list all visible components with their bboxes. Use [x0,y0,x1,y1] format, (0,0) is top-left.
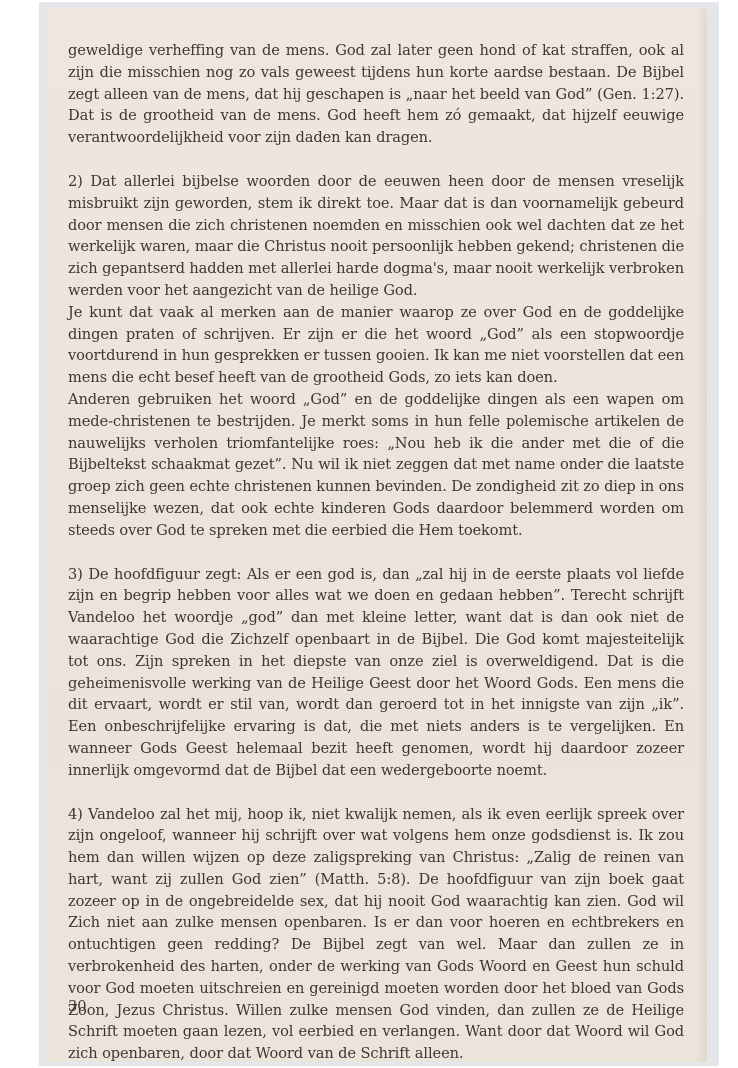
paragraph-point-2-continued: Je kunt dat vaak al merken aan de manier… [68,302,684,389]
body-text: geweldige verheffing van de mens. God za… [68,40,684,1065]
paper-sheet: geweldige verheffing van de mens. God za… [47,8,707,1062]
paragraph-point-2: 2) Dat allerlei bijbelse woorden door de… [68,171,684,302]
paragraph-point-2-others: Anderen gebruiken het woord „God” en de … [68,389,684,542]
page-number: 30 [68,998,87,1015]
paragraph-point-3: 3) De hoofdfiguur zegt: Als er een god i… [68,564,684,782]
book-page: geweldige verheffing van de mens. God za… [39,2,719,1066]
paragraph-point-4: 4) Vandeloo zal het mij, hoop ik, niet k… [68,804,684,1066]
paragraph-intro: geweldige verheffing van de mens. God za… [68,40,684,149]
page-edge-shadow [697,8,707,1062]
